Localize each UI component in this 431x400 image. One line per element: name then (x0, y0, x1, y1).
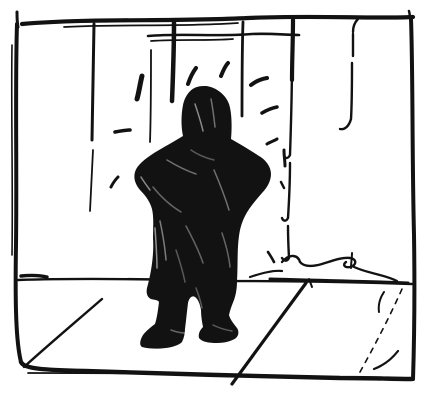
hanging-line-2 (150, 50, 151, 142)
sketch-canvas (0, 0, 431, 400)
frame-left-double-stroke (12, 45, 13, 255)
hanging-line-3 (172, 23, 174, 101)
frame-bottom-double-stroke (28, 373, 172, 374)
accent-dash (115, 130, 130, 132)
hanging-line-4 (242, 22, 243, 116)
hanging-line-1 (92, 24, 94, 140)
accent-dash (284, 150, 285, 166)
floor-baseline-double-dash (21, 275, 47, 277)
sketch-drawing (0, 0, 431, 400)
